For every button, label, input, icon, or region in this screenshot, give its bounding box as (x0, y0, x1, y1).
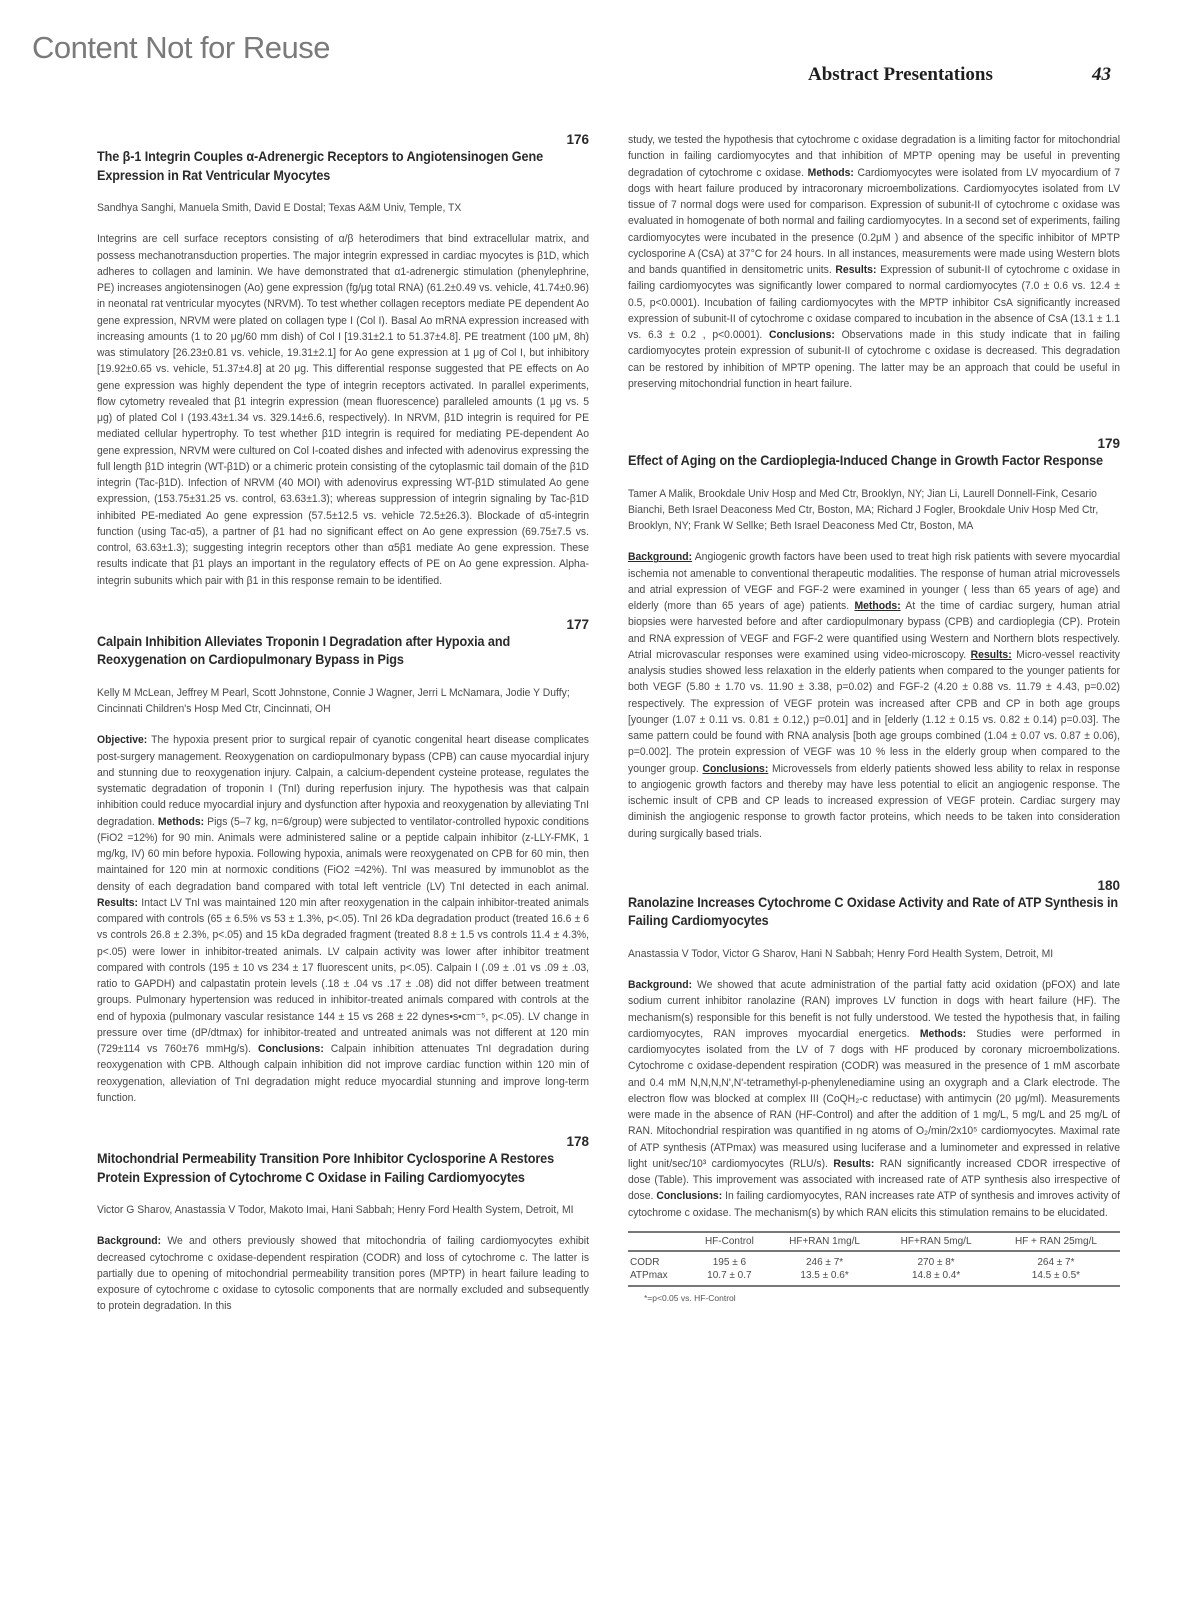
section-label-conclusions: Conclusions: (702, 763, 768, 775)
abstract-body: Objective: The hypoxia present prior to … (97, 732, 589, 1106)
abstract-body: Integrins are cell surface receptors con… (97, 231, 589, 589)
column-header (628, 1232, 690, 1251)
table-header-row: HF-Control HF+RAN 1mg/L HF+RAN 5mg/L HF … (628, 1232, 1120, 1251)
section-label-methods: Methods: (920, 1028, 966, 1040)
table-cell: 270 ± 8* (880, 1251, 992, 1269)
section-label-conclusions: Conclusions: (769, 329, 835, 341)
abstract-title: The β-1 Integrin Couples α-Adrenergic Re… (97, 148, 591, 185)
right-column: study, we tested the hypothesis that cyt… (628, 132, 1120, 1303)
section-label-objective: Objective: (97, 734, 147, 746)
abstract-178-continued: study, we tested the hypothesis that cyt… (628, 132, 1120, 392)
section-label-methods: Methods: (158, 816, 204, 828)
abstract-number: 180 (628, 878, 1120, 894)
column-header: HF + RAN 25mg/L (992, 1232, 1120, 1251)
abstract-authors: Anastassia V Todor, Victor G Sharov, Han… (628, 946, 1117, 962)
column-header: HF+RAN 5mg/L (880, 1232, 992, 1251)
section-label-conclusions: Conclusions: (258, 1043, 324, 1055)
abstract-179: 179 Effect of Aging on the Cardioplegia-… (628, 436, 1120, 842)
abstract-177: 177 Calpain Inhibition Alleviates Tropon… (97, 617, 589, 1106)
section-text: The hypoxia present prior to surgical re… (97, 734, 589, 827)
abstract-authors: Tamer A Malik, Brookdale Univ Hosp and M… (628, 486, 1117, 535)
section-text: Micro-vessel reactivity analysis studies… (628, 649, 1120, 775)
abstract-180: 180 Ranolazine Increases Cytochrome C Ox… (628, 878, 1120, 1303)
table-cell: 14.5 ± 0.5* (992, 1269, 1120, 1286)
abstract-178: 178 Mitochondrial Permeability Transitio… (97, 1134, 589, 1315)
abstract-title: Ranolazine Increases Cytochrome C Oxidas… (628, 894, 1122, 931)
section-label-results: Results: (971, 649, 1012, 661)
abstract-number: 176 (97, 132, 589, 148)
table-cell: 13.5 ± 0.6* (769, 1269, 881, 1286)
column-header: HF+RAN 1mg/L (769, 1232, 881, 1251)
section-label-background: Background: (97, 1235, 161, 1247)
abstract-authors: Sandhya Sanghi, Manuela Smith, David E D… (97, 200, 586, 216)
section-label-background: Background: (628, 979, 692, 991)
abstract-title: Effect of Aging on the Cardioplegia-Indu… (628, 452, 1122, 471)
page-number: 43 (1092, 64, 1111, 86)
section-text: We and others previously showed that mit… (97, 1235, 589, 1312)
abstract-176: 176 The β-1 Integrin Couples α-Adrenergi… (97, 132, 589, 589)
section-label-background: Background: (628, 551, 692, 563)
table-row: CODR 195 ± 6 246 ± 7* 270 ± 8* 264 ± 7* (628, 1251, 1120, 1269)
section-text: Cardiomyocytes were isolated from LV myo… (628, 167, 1120, 277)
section-label-conclusions: Conclusions: (656, 1190, 722, 1202)
column-header: HF-Control (690, 1232, 769, 1251)
table-row: ATPmax 10.7 ± 0.7 13.5 ± 0.6* 14.8 ± 0.4… (628, 1269, 1120, 1286)
abstract-authors: Kelly M McLean, Jeffrey M Pearl, Scott J… (97, 685, 586, 718)
abstract-body: study, we tested the hypothesis that cyt… (628, 132, 1120, 392)
abstract-number: 178 (97, 1134, 589, 1150)
watermark: Content Not for Reuse (32, 30, 330, 66)
table-footnote: *=p<0.05 vs. HF-Control (644, 1293, 1120, 1303)
row-label: ATPmax (628, 1269, 690, 1286)
table-cell: 195 ± 6 (690, 1251, 769, 1269)
abstract-number: 179 (628, 436, 1120, 452)
section-label-results: Results: (97, 897, 138, 909)
table-cell: 14.8 ± 0.4* (880, 1269, 992, 1286)
results-table: HF-Control HF+RAN 1mg/L HF+RAN 5mg/L HF … (628, 1231, 1120, 1287)
abstract-title: Calpain Inhibition Alleviates Troponin I… (97, 633, 591, 670)
table-cell: 246 ± 7* (769, 1251, 881, 1269)
abstract-authors: Victor G Sharov, Anastassia V Todor, Mak… (97, 1202, 586, 1218)
running-head: Abstract Presentations (808, 64, 993, 86)
row-label: CODR (628, 1251, 690, 1269)
abstract-number: 177 (97, 617, 589, 633)
section-label-results: Results: (833, 1158, 874, 1170)
left-column: 176 The β-1 Integrin Couples α-Adrenergi… (97, 132, 589, 1315)
abstract-body: Background: We showed that acute adminis… (628, 977, 1120, 1221)
section-label-methods: Methods: (808, 167, 854, 179)
section-text: Intact LV TnI was maintained 120 min aft… (97, 897, 589, 1055)
section-text: Studies were performed in cardiomyocytes… (628, 1028, 1120, 1170)
abstract-body: Background: Angiogenic growth factors ha… (628, 549, 1120, 842)
table-cell: 264 ± 7* (992, 1251, 1120, 1269)
abstract-title: Mitochondrial Permeability Transition Po… (97, 1150, 591, 1187)
abstract-body: Background: We and others previously sho… (97, 1233, 589, 1314)
table-cell: 10.7 ± 0.7 (690, 1269, 769, 1286)
section-label-results: Results: (835, 264, 876, 276)
section-label-methods: Methods: (854, 600, 900, 612)
